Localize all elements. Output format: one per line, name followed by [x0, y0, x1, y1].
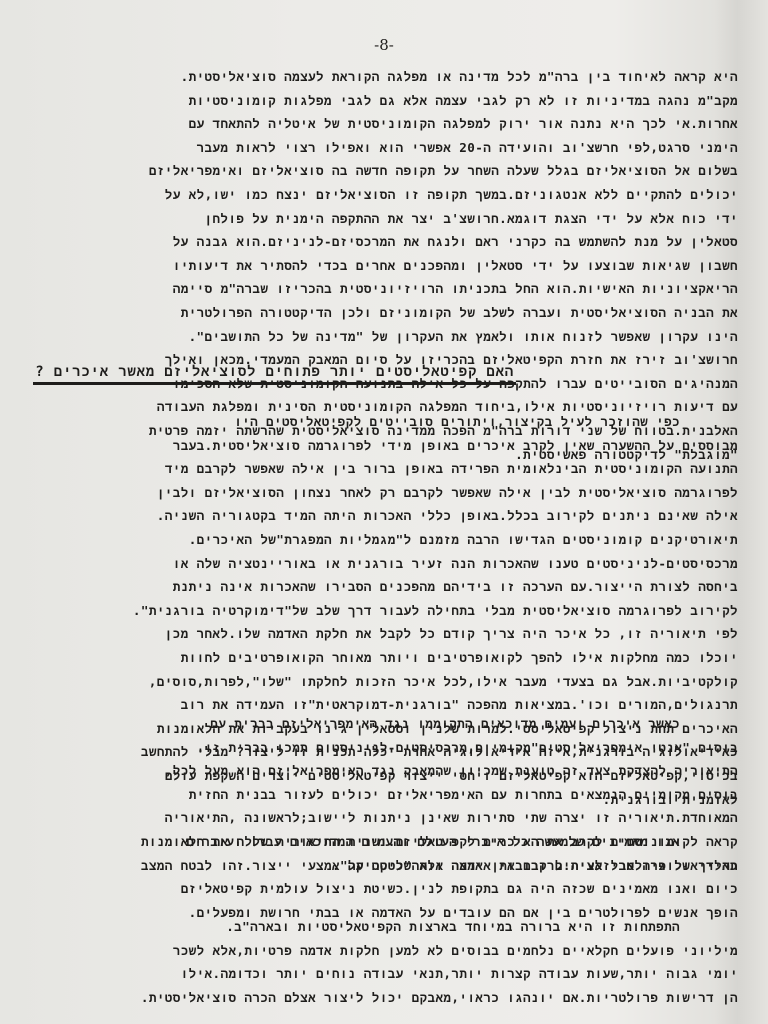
- text-line: כיום ואנו מאמינים שכזה היה גם בתקופת לני…: [0, 877, 738, 901]
- text-line: בוסים מקומיים הנמצאים בתחרות עם האימפריא…: [0, 783, 738, 807]
- text-line: הריאקציוניות האישיות.הוא החל בתכניתו הרו…: [0, 277, 738, 301]
- text-line: אילה שאינם ניתנים לקירוב בכלל.באופן כללי…: [0, 504, 738, 528]
- text-line: התנועה הקומוניסטית הבינלאומית הפרידה באו…: [0, 457, 738, 481]
- text-line: התיאוריה להצדקת צעד זה טוענת שמכיון שהמא…: [0, 759, 738, 783]
- section-heading: האם קפיטאליסטים יותר פתוחים לסוציאליזם מ…: [33, 364, 516, 385]
- text-line: כפי שהוזכר לעיל בקיצור,ויתורים סובייטים …: [0, 410, 738, 434]
- page-number: -8-: [0, 36, 768, 54]
- paragraph-block-1: היא קראה לאיחוד בין ברה"מ לכל מדינה או מ…: [0, 65, 738, 466]
- text-line: לפרוגרמה סוציאליסטית לבין אילה שאפשר לקר…: [0, 481, 738, 505]
- text-line: התפתחות זו היא ברורה במיוחד בארצות הקפיט…: [0, 915, 738, 939]
- text-line: כאשר איכרים ועמים מדוכאים התקוממו נגד הא…: [0, 712, 738, 736]
- text-line: היא קראה לאיחוד בין ברה"מ לכל מדינה או מ…: [0, 65, 738, 89]
- text-line: בוסים "אנטי אימפריאליסטים"מקומיים,מרכסיס…: [0, 736, 738, 760]
- text-line: ביחסה לצורת הייצור.עם הערכה זו בידיהם מה…: [0, 575, 738, 599]
- text-line: קולקטיביות.אבל גם בצעדי מעבר אילו,לכל אי…: [0, 670, 738, 694]
- text-line: חשבון שגיאות שבוצעו על ידי סטאלין ומהפכנ…: [0, 254, 738, 278]
- text-line: תהליך של פרולטריזאציה.לרובם אין אדמה ולא…: [0, 854, 738, 878]
- text-line: ידי כוח אלא על ידי הצגת דוגמא.חרושצ'ב יצ…: [0, 207, 738, 231]
- paragraph-block-5: התפתחות זו היא ברורה במיוחד בארצות הקפיט…: [0, 915, 738, 1009]
- text-line: הימני סרגט,לפי חרשצ'וב והועידה ה-20 אפשר…: [0, 136, 738, 160]
- text-line: מרכסיסטים-לניניסטים טענו שהאכרות הנה זעי…: [0, 552, 738, 576]
- text-line: בשלום אל הסוציאליזם בגלל שעלה השחר על תק…: [0, 159, 738, 183]
- text-line: אנו מאמינים שלמעשה כל איכרי העולם והעמים…: [0, 830, 738, 854]
- text-line: הינו עקרון שאפשר לזנוח אותו ולאמץ את העק…: [0, 325, 738, 349]
- text-line: מבוססים על ההשערה שאין לקרב איכרים באופן…: [0, 434, 738, 458]
- text-line: לקירוב לפרוגרמה סוציאליסטית מבלי בתחילה …: [0, 599, 738, 623]
- paragraph-block-4: אנו מאמינים שלמעשה כל איכרי העולם והעמים…: [0, 830, 738, 924]
- text-line: אחרות.אי לכך היא נתנה אור ירוק למפלגה הק…: [0, 112, 738, 136]
- text-line: יומי גבוה יותר,שעות עבודה קצרות יותר,תנא…: [0, 962, 738, 986]
- text-line: סטאלין על מנת להשתמש בה כקרני ראם ולנגח …: [0, 230, 738, 254]
- text-line: הן דרישות פרולטריות.אם יונהגו כראוי,מאבק…: [0, 986, 738, 1010]
- text-line: מיליוני פועלים חקלאיים נלחמים בבוסים לא …: [0, 939, 738, 963]
- text-line: תיאורטיקנים קומוניסטים הגדישו הרבה מזמנם…: [0, 528, 738, 552]
- text-line: לפי תיאוריה זו, כל איכר היה צריך קודם כל…: [0, 622, 738, 646]
- text-line: את הבניה הסוציאליסטית ועברה לשלב של הקומ…: [0, 301, 738, 325]
- text-line: המאוחדת.תיאוריה זו יצרה שתי סתירות שאינן…: [0, 806, 738, 830]
- text-line: מקב"מ נהגה במדיניות זו לא רק לגבי עצמה א…: [0, 89, 738, 113]
- text-line: יכולים להתקיים ללא אנטגוניזם.במשך תקופה …: [0, 183, 738, 207]
- document-page: -8- היא קראה לאיחוד בין ברה"מ לכל מדינה …: [0, 0, 768, 1024]
- text-line: יוכלו כמה מחלקות אילו להפך לקואופרטיבים …: [0, 646, 738, 670]
